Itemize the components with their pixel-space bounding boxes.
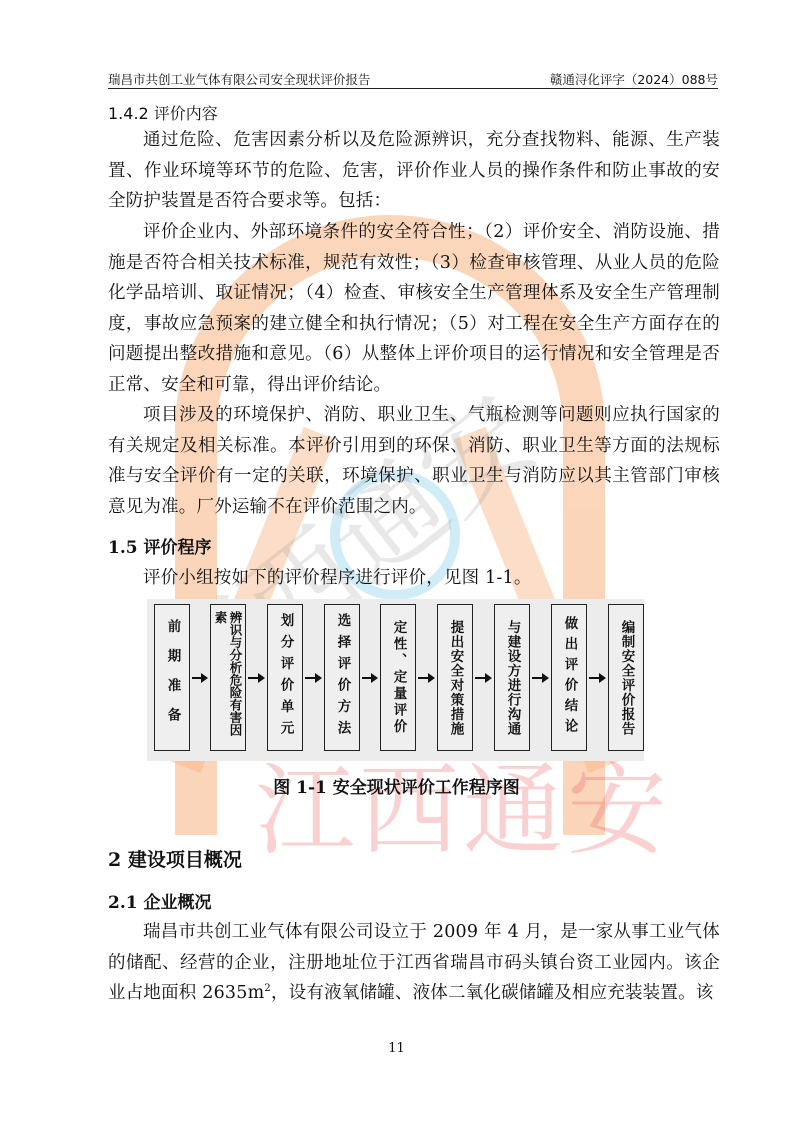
header-document-number: 赣通浔化评字（2024）088号 <box>550 70 718 88</box>
flow-arrow <box>305 677 320 679</box>
flow-step-5-label: 定性、定量评价 <box>391 620 406 736</box>
flow-step-7-label: 与建设方进行沟通 <box>505 620 520 736</box>
page-header: 瑞昌市共创工业气体有限公司安全现状评价报告 赣通浔化评字（2024）088号 <box>108 68 718 89</box>
heading-1-5: 1.5 评价程序 <box>108 533 212 558</box>
flow-step-9: 编制安全评价报告 <box>608 604 644 751</box>
flow-arrow <box>248 677 263 679</box>
flow-step-4: 选择评价方法 <box>324 604 360 751</box>
heading-2: 2 建设项目概况 <box>108 845 242 872</box>
flow-step-1: 前期准备 <box>154 604 190 751</box>
flow-step-1-label: 前期准备 <box>165 619 180 737</box>
flow-step-3-label: 划分评价单元 <box>278 613 293 742</box>
flow-arrow <box>532 677 547 679</box>
flow-arrow <box>475 677 490 679</box>
paragraph-evaluation-scope: 项目涉及的环境保护、消防、职业卫生、气瓶检测等问题则应执行国家的有关规定及相关标… <box>108 400 720 522</box>
paragraph-evaluation-items: 评价企业内、外部环境条件的安全符合性；（2）评价安全、消防设施、措施是否符合相关… <box>108 217 720 400</box>
flow-step-8-label: 做出评价结论 <box>562 616 577 739</box>
flow-step-8: 做出评价结论 <box>551 604 587 751</box>
flow-arrow <box>418 677 433 679</box>
flow-step-6: 提出安全对策措施 <box>437 604 473 751</box>
paragraph-evaluation-intro: 通过危险、危害因素分析以及危险源辨识，充分查找物料、能源、生产装置、作业环境等环… <box>108 125 720 217</box>
flow-step-5: 定性、定量评价 <box>380 604 416 751</box>
heading-1-4-2: 1.4.2 评价内容 <box>108 101 218 124</box>
heading-2-1: 2.1 企业概况 <box>108 888 212 913</box>
paragraph-procedure-intro: 评价小组按如下的评价程序进行评价，见图 1-1。 <box>108 563 720 594</box>
flow-step-2: 辨识与分析危险有害因素 <box>210 604 246 751</box>
paragraph-company-overview: 瑞昌市共创工业气体有限公司设立于 2009 年 4 月，是一家从事工业气体的储配… <box>108 917 720 1009</box>
flow-step-2-label: 辨识与分析危险有害因素 <box>213 611 243 744</box>
flow-step-6-label: 提出安全对策措施 <box>448 620 463 736</box>
flow-step-9-label: 编制安全评价报告 <box>619 620 634 736</box>
company-overview-text-tail: ，设有液氧储罐、液体二氧化碳储罐及相应充装装置。该 <box>271 983 714 1003</box>
figure-caption: 图 1-1 安全现状评价工作程序图 <box>0 773 793 798</box>
page-number: 11 <box>0 1041 793 1056</box>
flow-arrow <box>589 677 604 679</box>
flow-step-3: 划分评价单元 <box>267 604 303 751</box>
flow-step-4-label: 选择评价方法 <box>335 613 350 742</box>
flow-arrow <box>192 677 206 679</box>
document-page: 瑞昌市共创工业气体有限公司安全现状评价报告 赣通浔化评字（2024）088号 1… <box>0 0 793 1122</box>
flowchart-evaluation-procedure: 前期准备 辨识与分析危险有害因素 划分评价单元 选择评价方法 定性、定量评价 提… <box>147 599 644 761</box>
flow-step-7: 与建设方进行沟通 <box>494 604 530 751</box>
header-report-title: 瑞昌市共创工业气体有限公司安全现状评价报告 <box>108 70 371 88</box>
flow-arrow <box>362 677 376 679</box>
